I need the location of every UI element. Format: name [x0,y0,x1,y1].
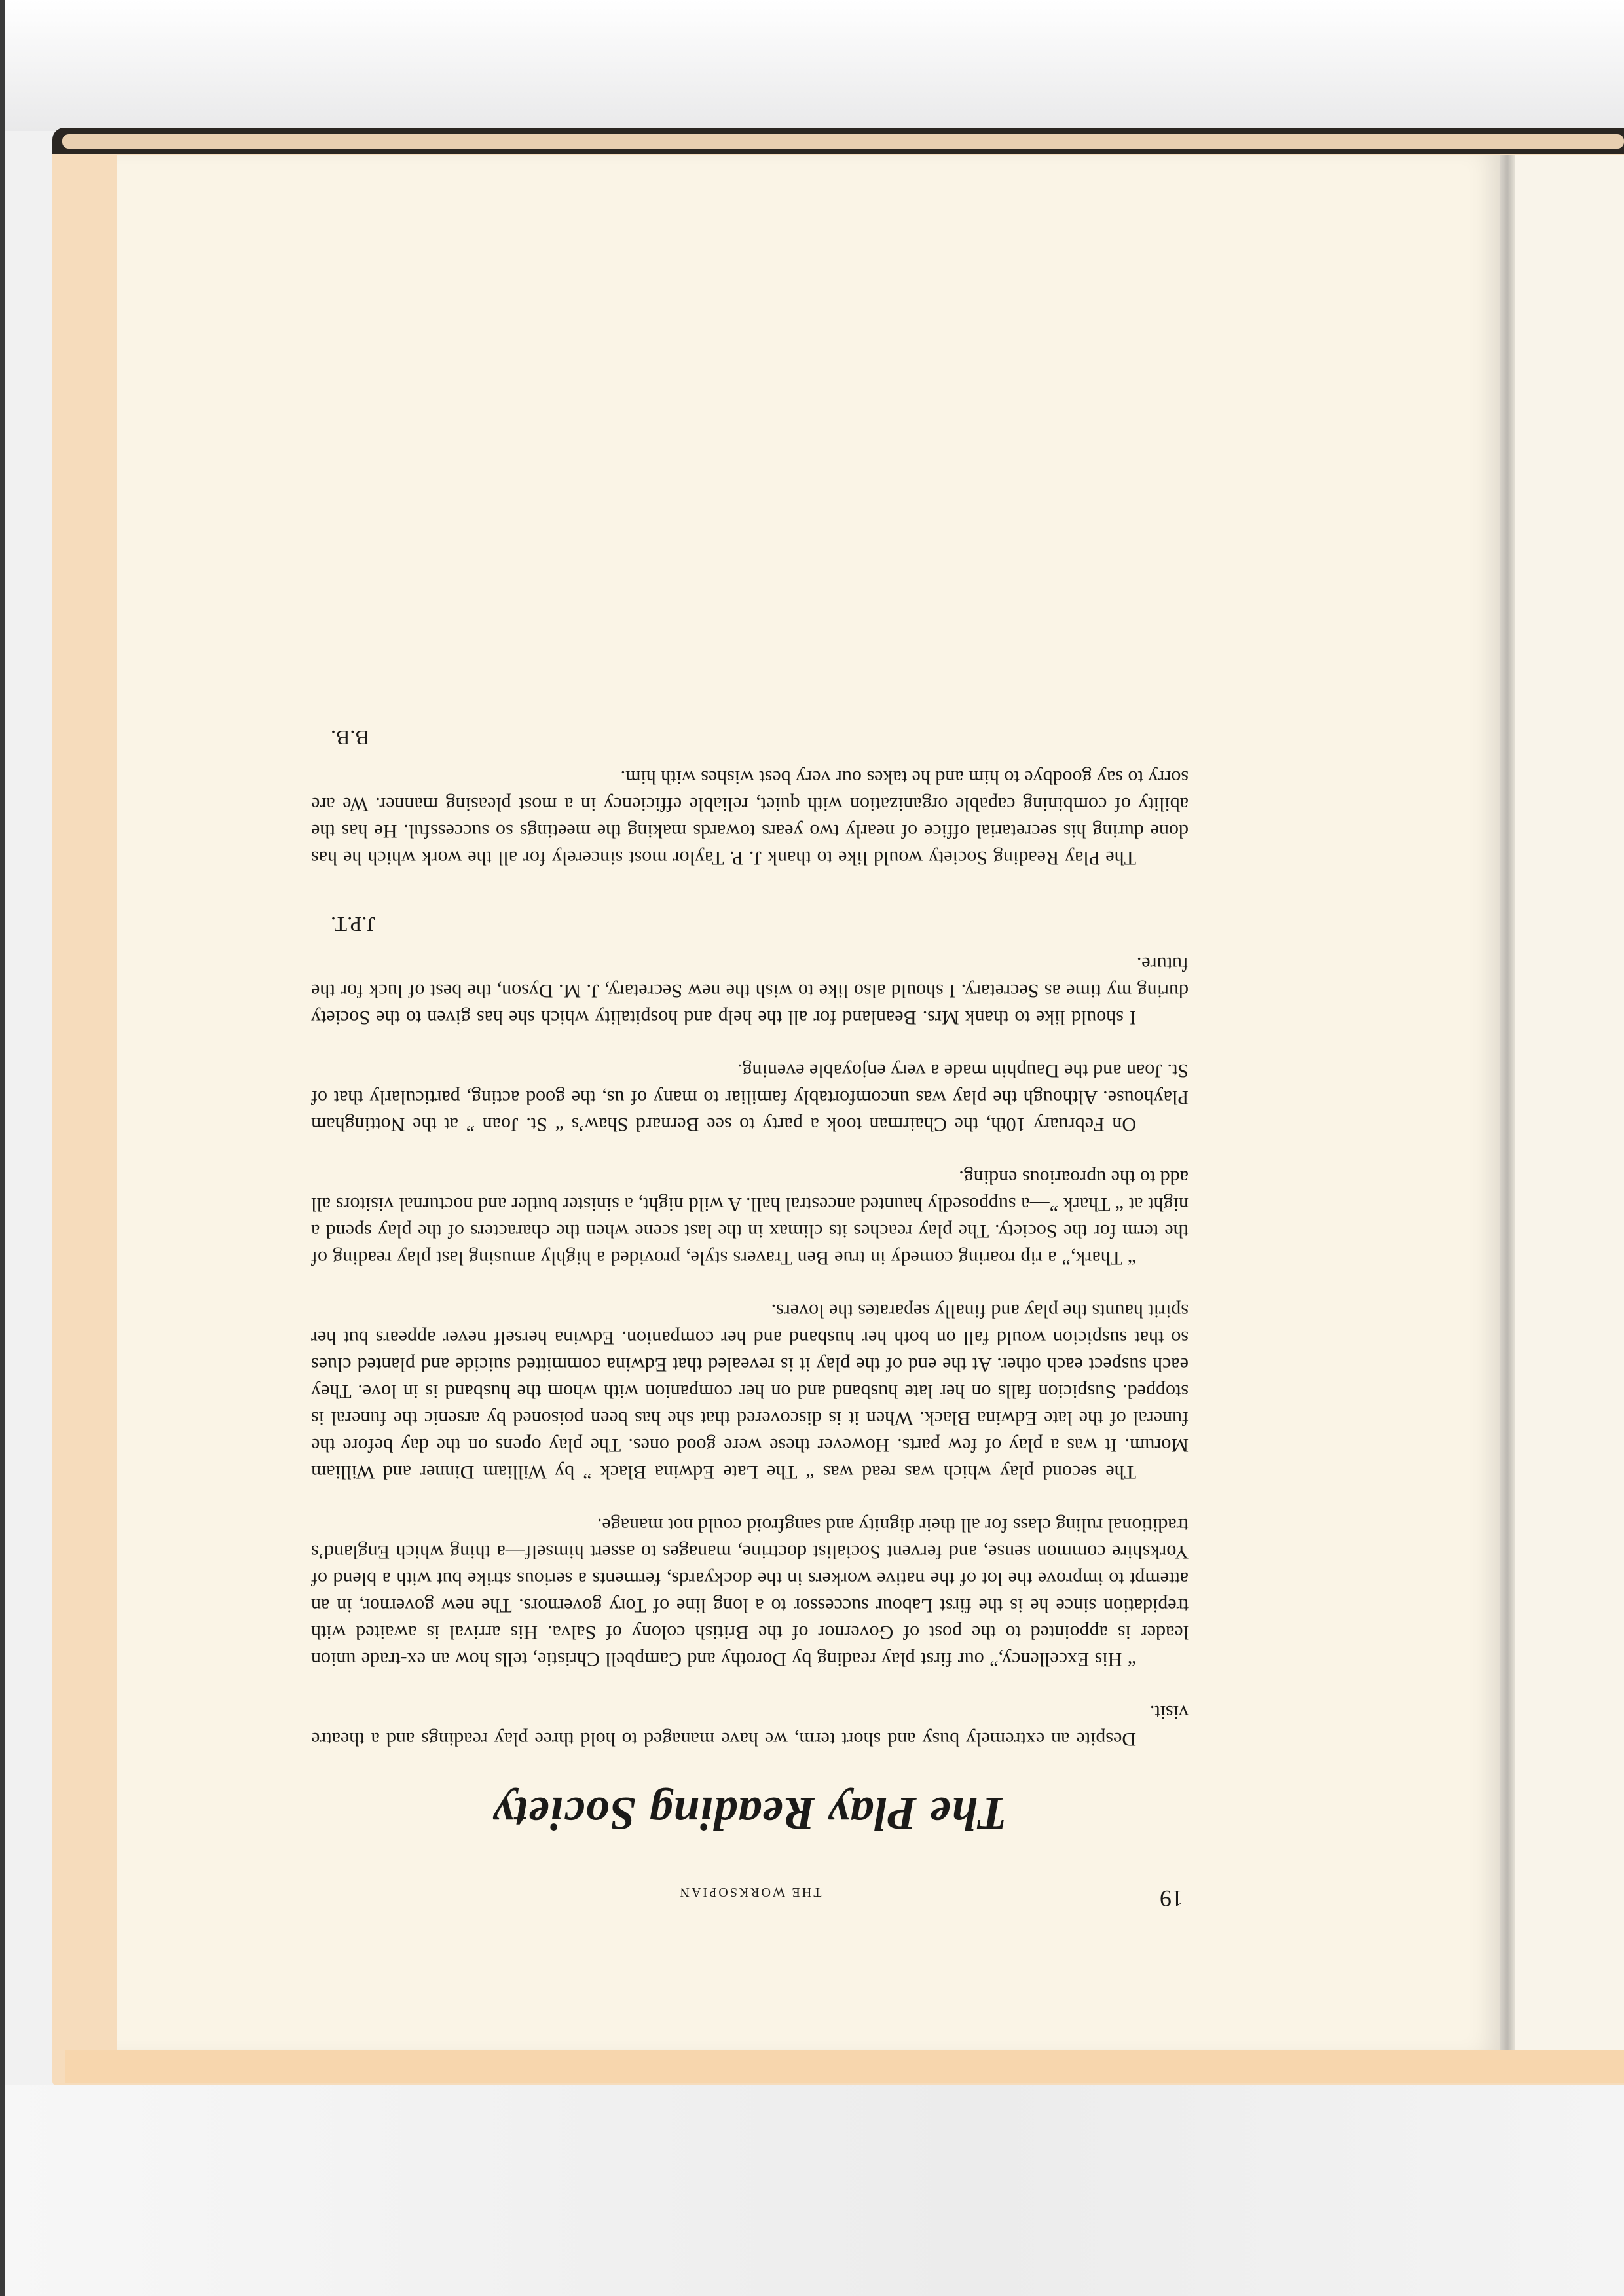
scanner-background-bottom [5,2085,1624,2296]
paragraph-society-thanks: The Play Reading Society would like to t… [311,764,1189,871]
paragraph-st-joan: On February 10th, the Chairman took a pa… [311,1057,1189,1138]
paragraph-his-excellency: “ His Excellency,” our first play readin… [311,1512,1189,1673]
scanner-edge [0,0,5,2296]
article-title: The Play Reading Society [311,1800,1189,1827]
facing-page-edge [1515,155,1624,2050]
page-number: 19 [1160,1885,1183,1912]
paragraph-secretary-thanks: I should like to thank Mrs. Beanland for… [311,951,1189,1031]
paragraph-thark: “ Thark,” a rip roaring comedy in true B… [311,1164,1189,1271]
running-head: THE WORKSOPIAN 19 [311,1872,1189,1912]
signature-jpt: J.P.T. [331,911,1189,938]
scanner-background-top [5,0,1624,131]
publication-title: THE WORKSOPIAN [311,1878,1189,1905]
signature-bb: B.B. [331,724,1189,751]
paragraph-edwina-black: The second play which was read was “ The… [311,1298,1189,1485]
paragraph-intro: Despite an extremely busy and short term… [311,1699,1189,1753]
book-cover-top-inner [62,134,1624,149]
page-content: THE WORKSOPIAN 19 The Play Reading Socie… [311,367,1189,1912]
book-cover-bottom-edge [65,2050,1624,2083]
book-gutter [1500,155,1515,2050]
